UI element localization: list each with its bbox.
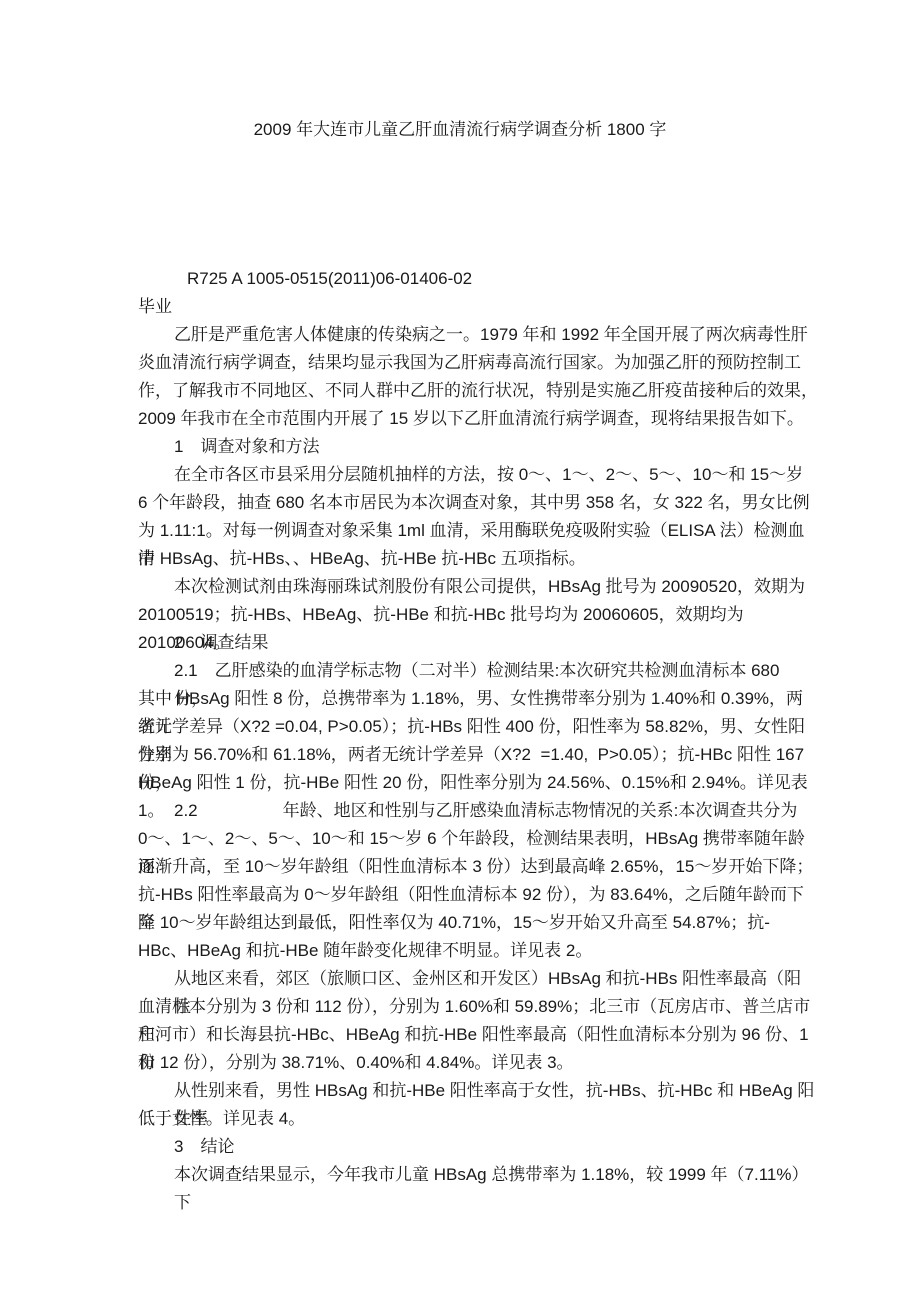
- text-line: 从性别来看，男性 HBsAg 和抗-HBe 阳性率高于女性，抗-HBs、抗-HB…: [138, 1077, 818, 1105]
- text-line: 1 调查对象和方法: [138, 433, 818, 461]
- text-line: HBc、HBeAg 和抗-HBe 随年龄变化规律不明显。详见表 2。: [138, 937, 818, 965]
- classification-code-line: R725 A 1005-0515(2011)06-01406-02: [138, 265, 818, 293]
- text-line: 2.1 乙肝感染的血清学标志物（二对半）检测结果:本次研究共检测血清标本 680…: [138, 657, 818, 685]
- text-line: 和 12 份），分别为 38.71%、0.40%和 4.84%。详见表 3。: [138, 1049, 818, 1077]
- text-line: 其中 HBsAg 阳性 8 份，总携带率为 1.18%，男、女性携带率分别为 1…: [138, 685, 818, 713]
- text-line: 作，了解我市不同地区、不同人群中乙肝的流行状况，特别是实施乙肝疫苗接种后的效果，: [138, 377, 818, 405]
- text-line: 低于女性。详见表 4。: [138, 1105, 818, 1133]
- text-line: 炎血清流行病学调查，结果均显示我国为乙肝病毒高流行国家。为加强乙肝的预防控制工: [138, 349, 818, 377]
- text-line: 3 结论: [138, 1133, 818, 1161]
- text-line: 分别为 56.70%和 61.18%，两者无统计学差异（X?2 =1.40, P…: [138, 741, 818, 769]
- text-line: 2 调查结果: [138, 629, 818, 657]
- text-line: 在全市各区市县采用分层随机抽样的方法，按 0～、1～、2～、5～、10～和 15…: [138, 461, 818, 489]
- text-line: 6 个年龄段，抽查 680 名本市居民为本次调查对象，其中男 358 名，女 3…: [138, 489, 818, 517]
- text-line: 抗-HBs 阳性率最高为 0～岁年龄组（阳性血清标本 92 份），为 83.64…: [138, 881, 818, 909]
- text-line: HBeAg 阳性 1 份，抗-HBe 阳性 20 份，阳性率分别为 24.56%…: [138, 769, 818, 797]
- text-line: 庄河市）和长海县抗-HBc、HBeAg 和抗-HBe 阳性率最高（阳性血清标本分…: [138, 1021, 818, 1049]
- text-line: 20100519；抗-HBs、HBeAg、抗-HBe 和抗-HBc 批号均为 2…: [138, 601, 818, 629]
- text-line: 逐渐升高，至 10～岁年龄组（阳性血清标本 3 份）达到最高峰 2.65%，15…: [138, 853, 818, 881]
- text-line: 为 1.11:1。对每一例调查对象采集 1ml 血清，采用酶联免疫吸附实验（EL…: [138, 517, 818, 545]
- text-line: 从地区来看，郊区（旅顺口区、金州区和开发区）HBsAg 和抗-HBs 阳性率最高…: [138, 965, 818, 993]
- body-lines: 乙肝是严重危害人体健康的传染病之一。1979 年和 1992 年全国开展了两次病…: [138, 321, 818, 1189]
- text-line: 乙肝是严重危害人体健康的传染病之一。1979 年和 1992 年全国开展了两次病…: [138, 321, 818, 349]
- text-line: 血清标本分别为 3 份和 112 份），分别为 1.60%和 59.89%；北三…: [138, 993, 818, 1021]
- document-page: 2009 年大连市儿童乙肝血清流行病学调查分析 1800 字 R725 A 10…: [0, 0, 920, 1302]
- text-line: 本次调查结果显示，今年我市儿童 HBsAg 总携带率为 1.18%，较 1999…: [138, 1161, 818, 1189]
- text-line: 0～、1～、2～、5～、10～和 15～岁 6 个年龄段，检测结果表明，HBsA…: [138, 825, 818, 853]
- byline: 毕业: [138, 293, 818, 321]
- text-line: 2009 年我市在全市范围内开展了 15 岁以下乙肝血清流行病学调查，现将结果报…: [138, 405, 818, 433]
- text-line: 本次检测试剂由珠海丽珠试剂股份有限公司提供，HBsAg 批号为 20090520…: [138, 573, 818, 601]
- text-line: 2.2 年龄、地区和性别与乙肝感染血清标志物情况的关系:本次调查共分为: [138, 797, 818, 825]
- text-line: 统计学差异（X?2 =0.04, P>0.05）；抗-HBs 阳性 400 份，…: [138, 713, 818, 741]
- document-body: R725 A 1005-0515(2011)06-01406-02 毕业 乙肝是…: [138, 265, 818, 1189]
- document-title: 2009 年大连市儿童乙肝血清流行病学调查分析 1800 字: [0, 116, 920, 144]
- text-line: 中 HBsAg、抗-HBs、、HBeAg、抗-HBe 抗-HBc 五项指标。: [138, 545, 818, 573]
- text-line: 至 10～岁年龄组达到最低，阳性率仅为 40.71%，15～岁开始又升高至 54…: [138, 909, 818, 937]
